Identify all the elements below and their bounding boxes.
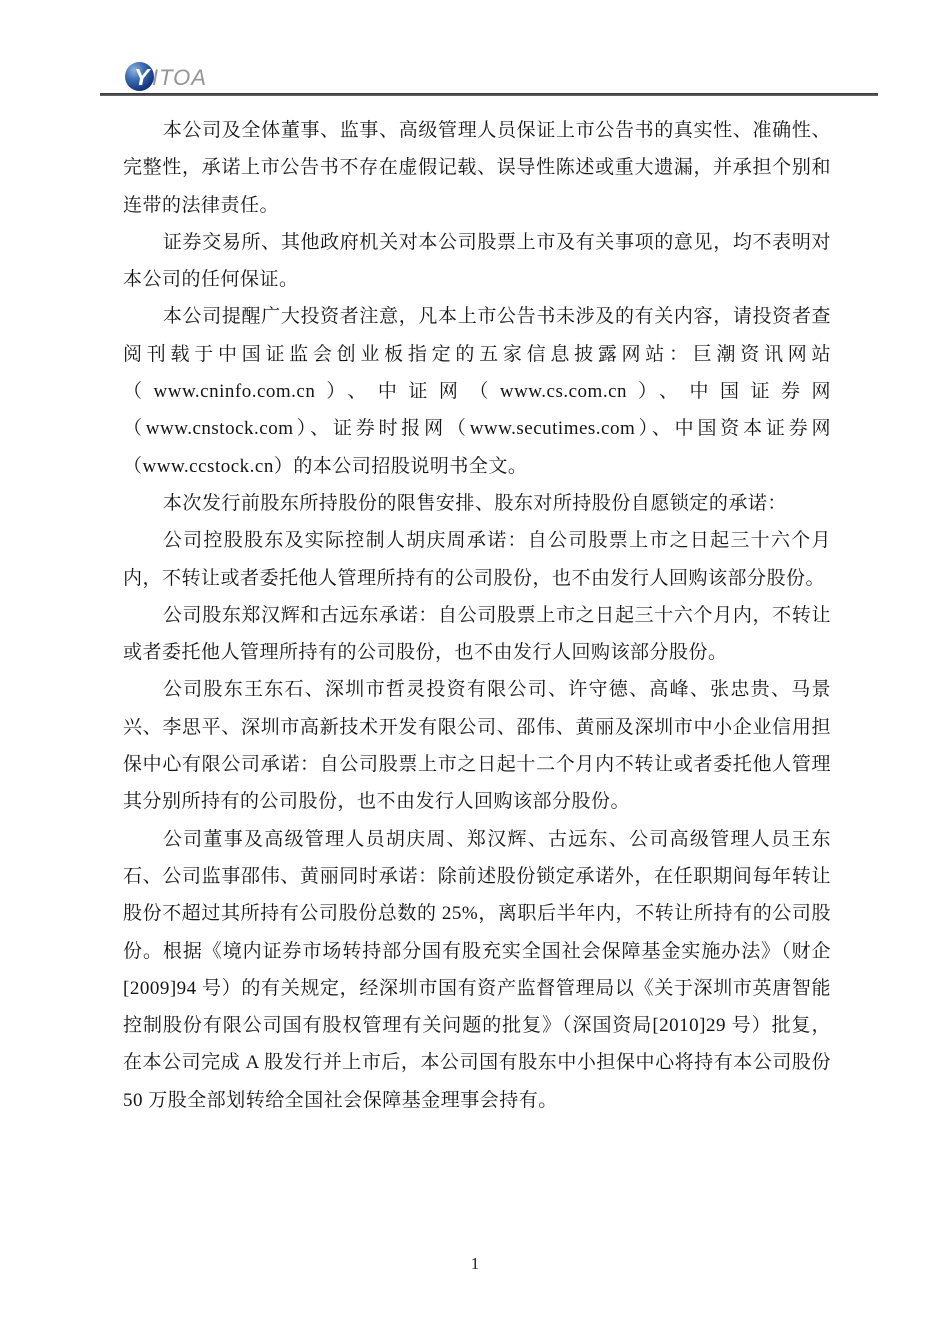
document-body: 本公司及全体董事、监事、高级管理人员保证上市公告书的真实性、准确性、完整性，承诺…	[123, 112, 831, 1119]
logo-wordmark: ITOA	[152, 66, 207, 91]
paragraph-lockup-intro: 本次发行前股东所持股份的限售安排、股东对所持股份自愿锁定的承诺：	[123, 485, 831, 522]
paragraph-declaration: 本公司及全体董事、监事、高级管理人员保证上市公告书的真实性、准确性、完整性，承诺…	[123, 112, 831, 224]
paragraph-exchange-disclaimer: 证券交易所、其他政府机关对本公司股票上市及有关事项的意见，均不表明对本公司的任何…	[123, 224, 831, 299]
paragraph-directors-commitment: 公司董事及高级管理人员胡庆周、郑汉辉、古远东、公司高级管理人员王东石、公司监事邵…	[123, 821, 831, 1119]
paragraph-shareholders-36month-commitment: 公司股东郑汉辉和古远东承诺：自公司股票上市之日起三十六个月内，不转让或者委托他人…	[123, 597, 831, 672]
yitoa-logo: Y ITOA	[125, 55, 207, 91]
header-divider	[100, 93, 878, 96]
paragraph-controlling-shareholder-commitment: 公司控股股东及实际控制人胡庆周承诺：自公司股票上市之日起三十六个月内，不转让或者…	[123, 522, 831, 597]
paragraph-shareholders-12month-commitment: 公司股东王东石、深圳市哲灵投资有限公司、许守德、高峰、张忠贵、马景兴、李思平、深…	[123, 671, 831, 820]
logo-letter-y: Y	[134, 64, 149, 91]
globe-icon: Y	[125, 62, 154, 91]
page-number: 1	[471, 1254, 480, 1273]
page-footer: 1	[0, 1254, 950, 1274]
document-page: Y ITOA 本公司及全体董事、监事、高级管理人员保证上市公告书的真实性、准确性…	[0, 0, 950, 1344]
paragraph-disclosure-websites: 本公司提醒广大投资者注意，凡本上市公告书未涉及的有关内容，请投资者查阅刊载于中国…	[123, 298, 831, 484]
